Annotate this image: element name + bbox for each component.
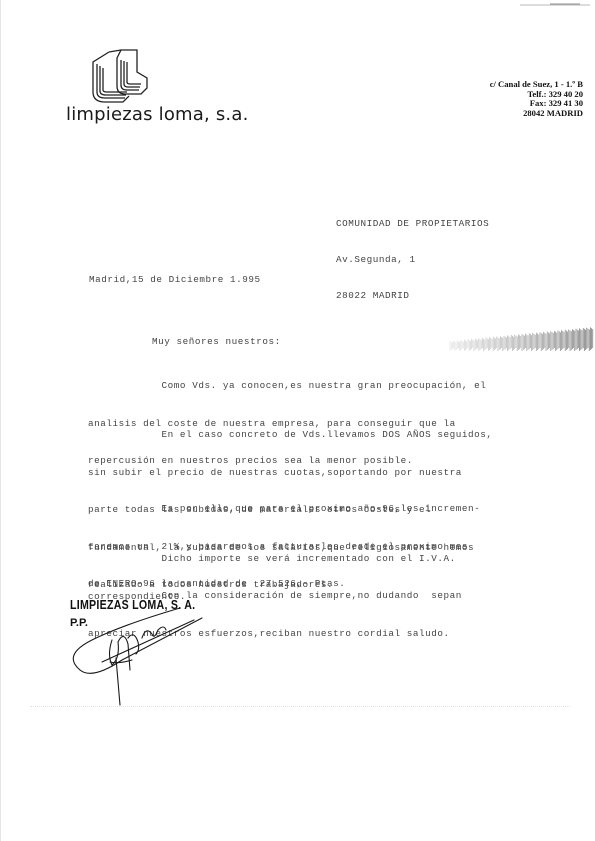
salutation: Muy señores nuestros:: [152, 336, 281, 347]
scan-artifact-dots: [30, 706, 570, 709]
body-line: Como Vds. ya conocen,es nuestra gran pre…: [88, 380, 486, 393]
company-address: c/ Canal de Suez, 1 - 1.º B Telf.: 329 4…: [490, 80, 583, 118]
scan-artifact-streak: [430, 325, 595, 355]
address-city: 28042 MADRID: [490, 109, 583, 119]
scan-edge: [0, 0, 1, 841]
recipient-address: COMUNIDAD DE PROPIETARIOS Av.Segunda, 1 …: [336, 194, 489, 314]
body-line: En el caso concreto de Vds.llevamos DOS …: [88, 429, 493, 442]
company-logo-text: limpiezas loma, s.a.: [66, 104, 249, 125]
body-line: Es por ello,que para el proximo año-96,l…: [88, 503, 480, 516]
ll-monogram-icon: [85, 48, 155, 106]
recipient-line: 28022 MADRID: [336, 290, 489, 302]
scan-artifact-top: [440, 2, 590, 8]
body-line: Dicho importe se verá incrementado con e…: [88, 553, 456, 566]
letter-date: Madrid,15 de Diciembre 1.995: [89, 274, 261, 285]
handwritten-signature-icon: [62, 600, 212, 710]
recipient-line: COMUNIDAD DE PROPIETARIOS: [336, 218, 489, 230]
recipient-line: Av.Segunda, 1: [336, 254, 489, 266]
